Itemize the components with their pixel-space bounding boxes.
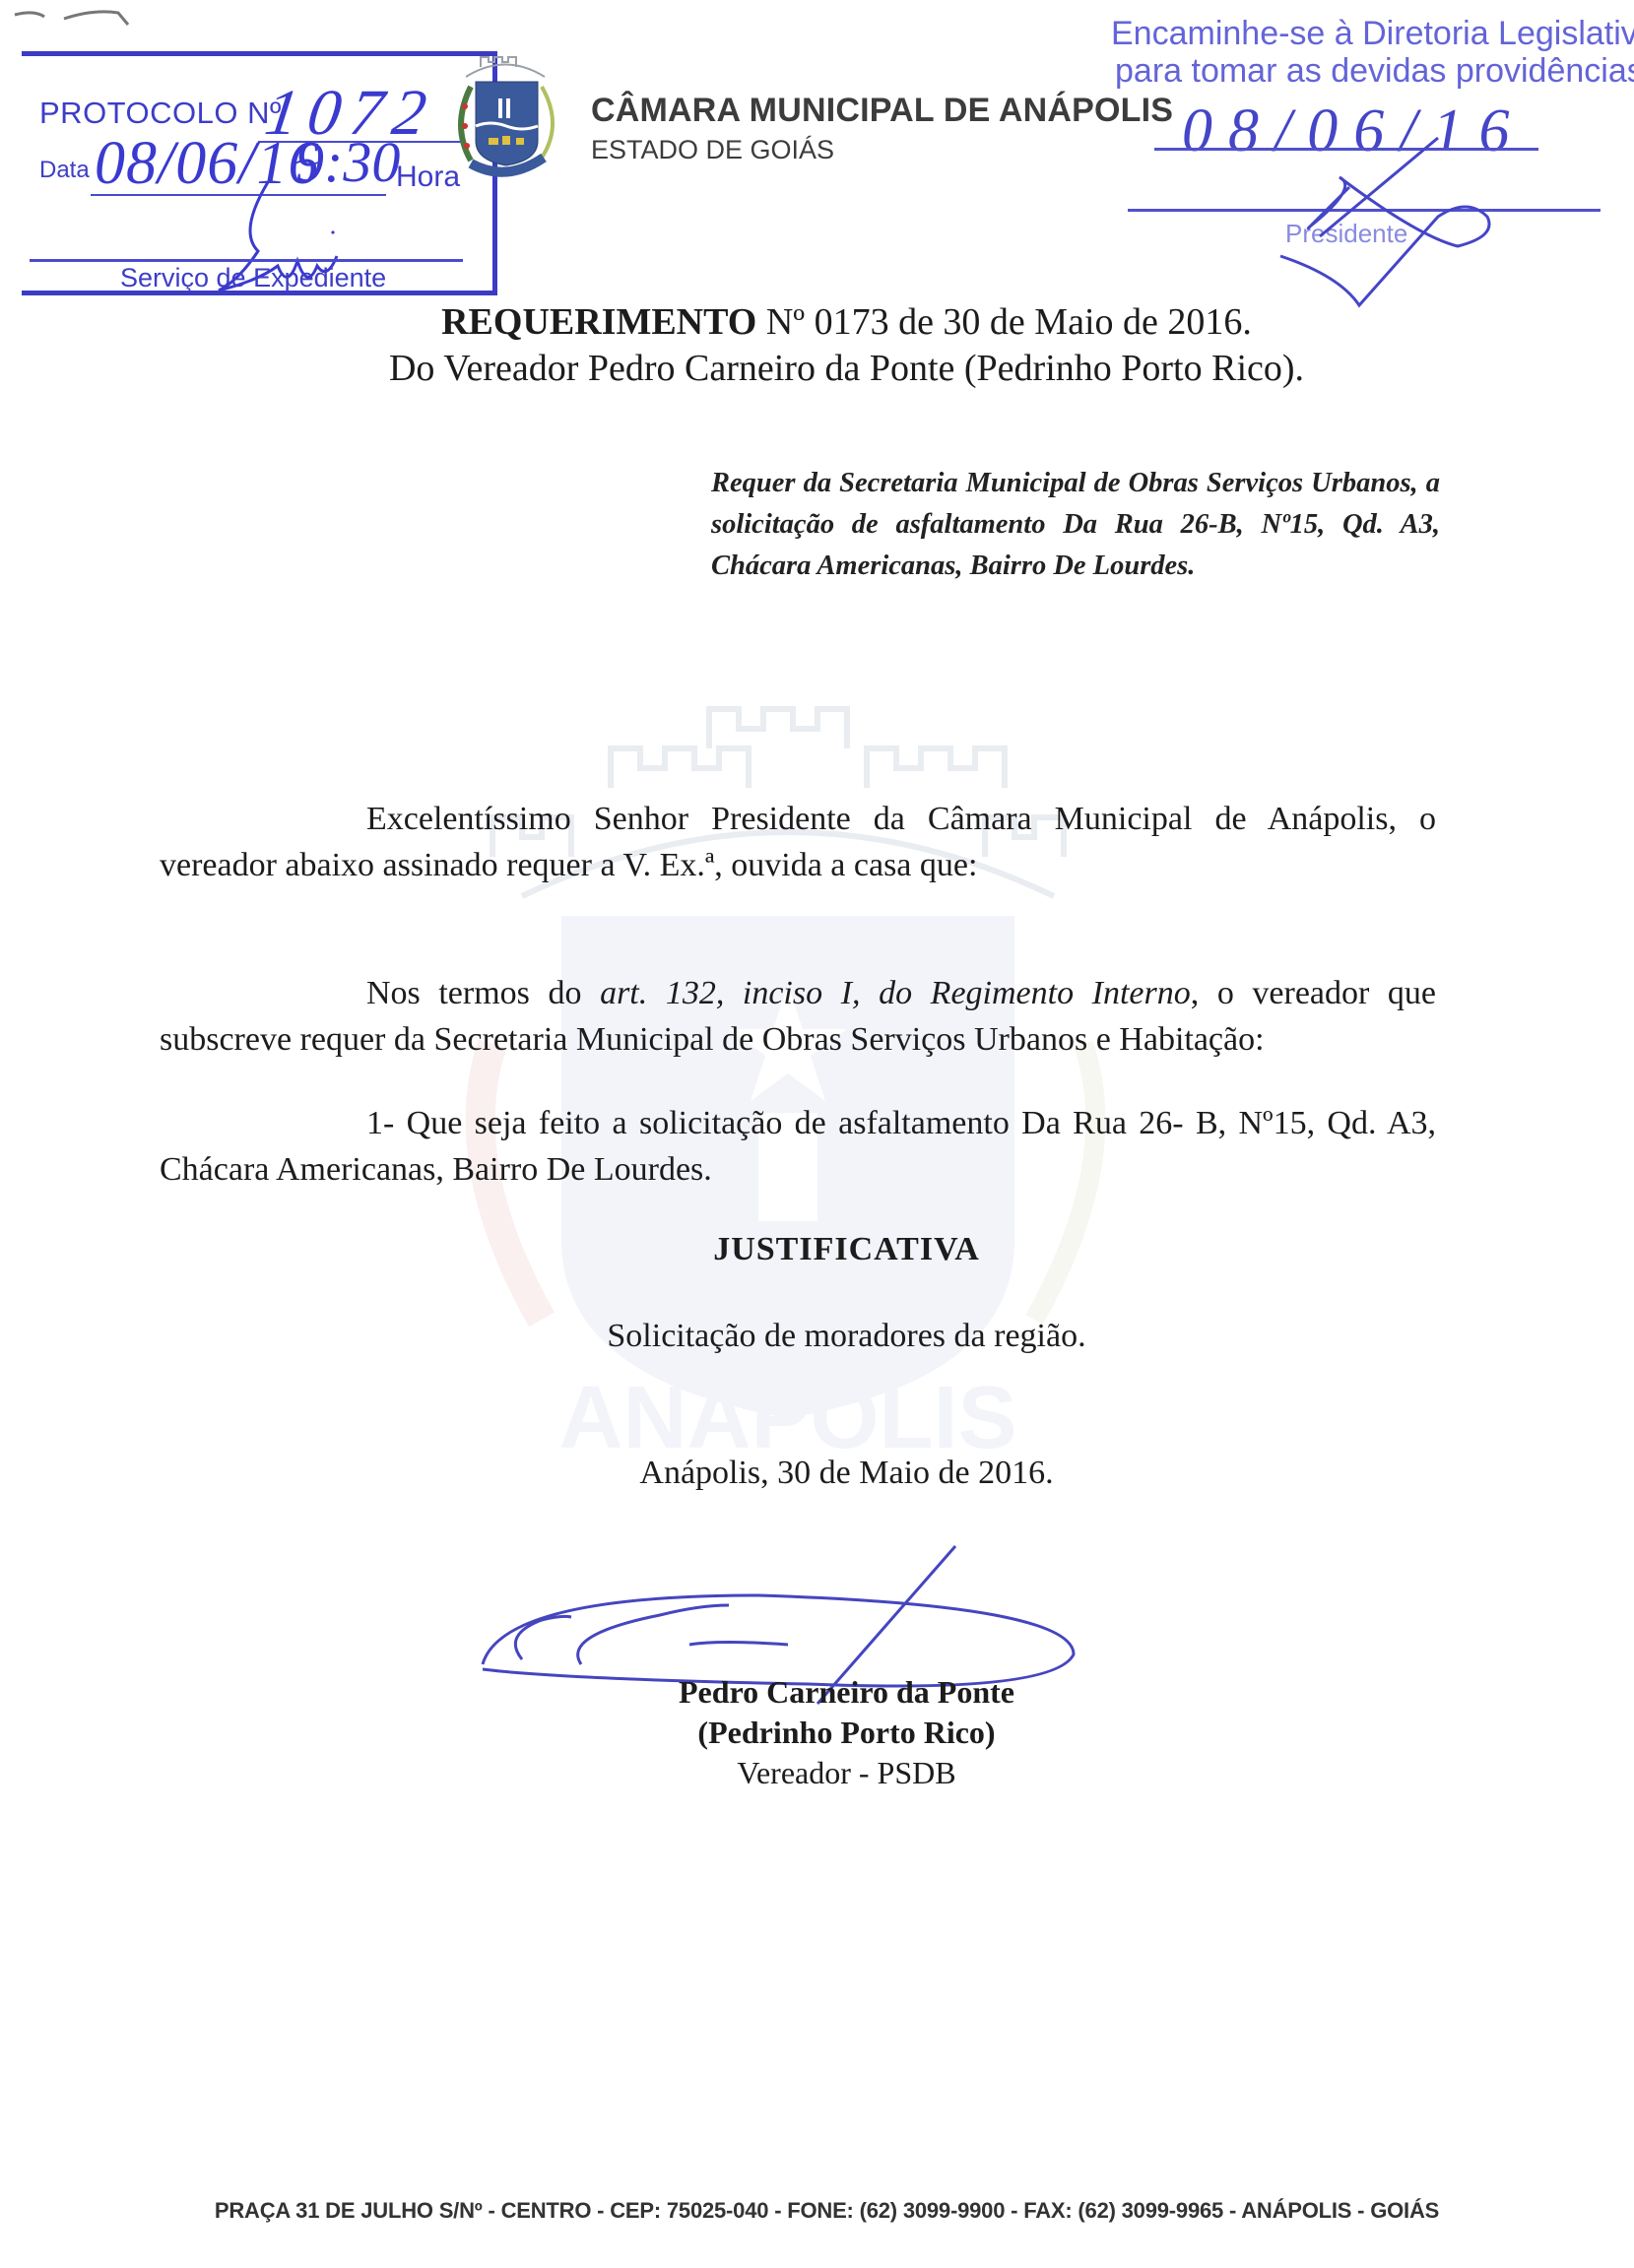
salutation-paragraph: Excelentíssimo Senhor Presidente da Câma… <box>160 796 1436 888</box>
forwarding-instruction-line1: Encaminhe-se à Diretoria Legislativa <box>1111 15 1634 53</box>
signer-role: Vereador - PSDB <box>0 1755 1634 1791</box>
institution-state: ESTADO DE GOIÁS <box>591 135 834 165</box>
protocol-stamp: PROTOCOLO Nº 1072 Data 08/06/16 9:30 Hor… <box>22 51 497 295</box>
protocol-label: PROTOCOLO Nº <box>39 96 282 131</box>
date-label: Data <box>39 157 90 184</box>
legal-basis-prefix: Nos termos do <box>366 975 600 1011</box>
legal-citation: art. 132, inciso I, do Regimento Interno <box>600 975 1191 1011</box>
salutation-text: Excelentíssimo Senhor Presidente da Câma… <box>160 801 1436 883</box>
coat-of-arms-icon <box>441 47 569 195</box>
stamp-department: Serviço de Expediente <box>120 263 386 293</box>
justification-text: Solicitação de moradores da região. <box>0 1318 1634 1355</box>
letterhead-footer-address: PRAÇA 31 DE JULHO S/Nº - CENTRO - CEP: 7… <box>0 2198 1634 2224</box>
stamp-divider <box>30 259 463 262</box>
document-type: REQUERIMENTO <box>441 301 756 343</box>
document-author: Do Vereador Pedro Carneiro da Ponte (Ped… <box>0 347 1634 390</box>
institution-name: CÂMARA MUNICIPAL DE ANÁPOLIS <box>591 92 1173 130</box>
place-and-date: Anápolis, 30 de Maio de 2016. <box>0 1455 1634 1492</box>
request-item: 1- Que seja feito a solicitação de asfal… <box>160 1100 1436 1193</box>
scan-smudge-mark <box>5 5 143 34</box>
forwarding-instruction-line2: para tomar as devidas providências <box>1115 52 1634 91</box>
justification-heading: JUSTIFICATIVA <box>0 1231 1634 1268</box>
president-signature-icon <box>1241 118 1556 315</box>
legal-basis-paragraph: Nos termos do art. 132, inciso I, do Reg… <box>160 970 1436 1063</box>
document-number-date: Nº 0173 de 30 de Maio de 2016. <box>756 301 1252 343</box>
ementa-summary: Requer da Secretaria Municipal de Obras … <box>711 463 1440 587</box>
signer-nickname: (Pedrinho Porto Rico) <box>0 1715 1634 1751</box>
signer-name: Pedro Carneiro da Ponte <box>0 1674 1634 1711</box>
document-title: REQUERIMENTO Nº 0173 de 30 de Maio de 20… <box>0 300 1634 344</box>
request-item-text: 1- Que seja feito a solicitação de asfal… <box>160 1105 1436 1188</box>
svg-text:ANÁPOLIS: ANÁPOLIS <box>558 1368 1016 1458</box>
